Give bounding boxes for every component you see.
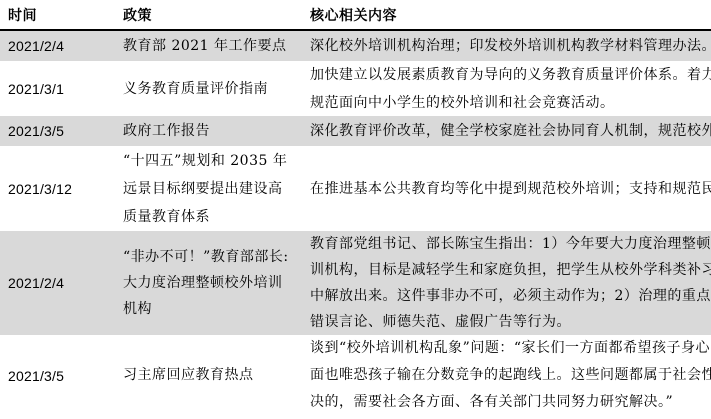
column-header-content: 核心相关内容	[305, 5, 711, 25]
policy-line: “十四五”规划和 2035 年	[123, 147, 305, 175]
table-row: 2021/3/5 政府工作报告 深化教育评价改革，健全学校家庭社会协同育人机制，…	[0, 116, 711, 146]
row-content: 在推进基本公共教育均等化中提到规范校外培训；支持和规范民办	[305, 146, 711, 231]
row-policy: “非办不可！”教育部部长: 大力度治理整顿校外培训 机构	[115, 231, 305, 335]
row-date: 2021/2/4	[0, 38, 115, 54]
content-line: 深化校外培训机构治理；印发校外培训机构教学材料管理办法。	[310, 32, 711, 60]
row-content: 教育部党组书记、部长陈宝生指出：1）今年要大力度治理整顿校 训机构，目标是减轻学…	[305, 231, 711, 335]
table-row: 2021/2/4 “非办不可！”教育部部长: 大力度治理整顿校外培训 机构 教育…	[0, 231, 711, 335]
row-content: 深化校外培训机构治理；印发校外培训机构教学材料管理办法。	[305, 31, 711, 61]
table-row: 2021/3/1 义务教育质量评价指南 加快建立以发展素质教育为导向的义务教育质…	[0, 61, 711, 116]
column-header-policy: 政策	[115, 5, 305, 25]
row-content: 加快建立以发展素质教育为导向的义务教育质量评价体系。着力 规范面向中小学生的校外…	[305, 61, 711, 116]
content-line: 决的，需要社会各方面、各有关部门共同努力研究解决。”	[310, 389, 711, 416]
row-policy: “十四五”规划和 2035 年 远景目标纲要提出建设高 质量教育体系	[115, 146, 305, 231]
table-header-row: 时间 政策 核心相关内容	[0, 0, 711, 31]
policy-line: “非办不可！”教育部部长:	[123, 244, 305, 270]
content-line: 谈到“校外培训机构乱象”问题：“家长们一方面都希望孩子身心	[310, 335, 711, 362]
content-line: 在推进基本公共教育均等化中提到规范校外培训；支持和规范民办	[310, 175, 711, 203]
row-policy: 政府工作报告	[115, 116, 305, 146]
table-row: 2021/3/12 “十四五”规划和 2035 年 远景目标纲要提出建设高 质量…	[0, 146, 711, 231]
content-line: 加快建立以发展素质教育为导向的义务教育质量评价体系。着力	[310, 61, 711, 89]
content-line: 中解放出来。这件事非办不可，必须主动作为；2）治理的重点是	[310, 283, 711, 309]
row-date: 2021/3/5	[0, 368, 115, 384]
row-date: 2021/3/5	[0, 123, 115, 139]
table-row: 2021/2/4 教育部 2021 年工作要点 深化校外培训机构治理；印发校外培…	[0, 31, 711, 61]
column-header-time: 时间	[0, 5, 115, 25]
content-line: 训机构，目标是减轻学生和家庭负担，把学生从校外学科类补习中	[310, 257, 711, 283]
content-line: 面也唯恐孩子输在分数竞争的起跑线上。这些问题都属于社会性问	[310, 362, 711, 389]
row-policy: 教育部 2021 年工作要点	[115, 31, 305, 61]
policy-table-document: 时间 政策 核心相关内容 2021/2/4 教育部 2021 年工作要点 深化校…	[0, 0, 711, 419]
row-content: 深化教育评价改革，健全学校家庭社会协同育人机制，规范校外培	[305, 116, 711, 146]
policy-line: 习主席回应教育热点	[123, 362, 305, 389]
row-policy: 习主席回应教育热点	[115, 335, 305, 416]
row-date: 2021/3/12	[0, 181, 115, 197]
row-date: 2021/3/1	[0, 81, 115, 97]
policy-line: 大力度治理整顿校外培训	[123, 270, 305, 296]
policy-line: 质量教育体系	[123, 203, 305, 231]
policy-line: 义务教育质量评价指南	[123, 75, 305, 103]
content-line: 深化教育评价改革，健全学校家庭社会协同育人机制，规范校外培	[310, 117, 711, 145]
policy-line: 机构	[123, 296, 305, 322]
row-content: 谈到“校外培训机构乱象”问题：“家长们一方面都希望孩子身心 面也唯恐孩子输在分数…	[305, 335, 711, 416]
policy-line: 政府工作报告	[123, 117, 305, 145]
row-date: 2021/2/4	[0, 275, 115, 291]
table-row: 2021/3/5 习主席回应教育热点 谈到“校外培训机构乱象”问题：“家长们一方…	[0, 335, 711, 416]
content-line: 教育部党组书记、部长陈宝生指出：1）今年要大力度治理整顿校	[310, 231, 711, 257]
content-line: 错误言论、师德失范、虚假广告等行为。	[310, 309, 711, 335]
row-policy: 义务教育质量评价指南	[115, 61, 305, 116]
content-line: 规范面向中小学生的校外培训和社会竞赛活动。	[310, 89, 711, 117]
policy-line: 教育部 2021 年工作要点	[123, 32, 305, 60]
policy-line: 远景目标纲要提出建设高	[123, 175, 305, 203]
